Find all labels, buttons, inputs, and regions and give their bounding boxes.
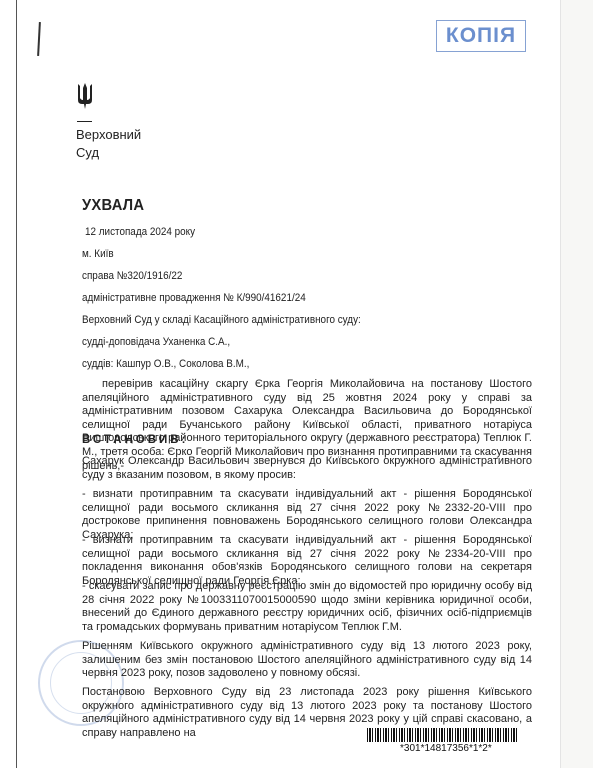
scan-edge	[560, 0, 593, 768]
document-city: м. Київ	[82, 248, 114, 260]
section-heading: ВСТАНОВИВ:	[82, 434, 188, 446]
court-composition: Верховний Суд у складі Касаційного адмін…	[82, 314, 361, 326]
trident-icon	[76, 82, 94, 110]
case-number: справа №320/1916/22	[82, 270, 182, 282]
document-date: 12 листопада 2024 року	[85, 226, 195, 238]
paragraph-1: Сахарук Олександр Васильович звернувся д…	[82, 455, 532, 482]
barcode-text: *301*14817356*1*2*	[400, 743, 492, 754]
logo-line-1: Верховний	[76, 126, 141, 144]
logo-divider	[77, 121, 92, 122]
judge-rapporteur: судді-доповідача Уханенка С.А.,	[82, 336, 230, 348]
admin-proceeding-number: адміністративне провадження № К/990/4162…	[82, 292, 306, 304]
paragraph-4: - скасувати запис про державну реєстраці…	[82, 580, 532, 634]
copy-stamp: КОПІЯ	[436, 20, 526, 52]
paragraph-5: Рішенням Київського окружного адміністра…	[82, 640, 532, 681]
barcode	[367, 728, 517, 742]
court-logo-text: Верховний Суд	[76, 126, 141, 162]
logo-line-2: Суд	[76, 144, 141, 162]
judges: суддів: Кашпур О.В., Соколова В.М.,	[82, 358, 249, 370]
document-title: УХВАЛА	[82, 197, 144, 215]
